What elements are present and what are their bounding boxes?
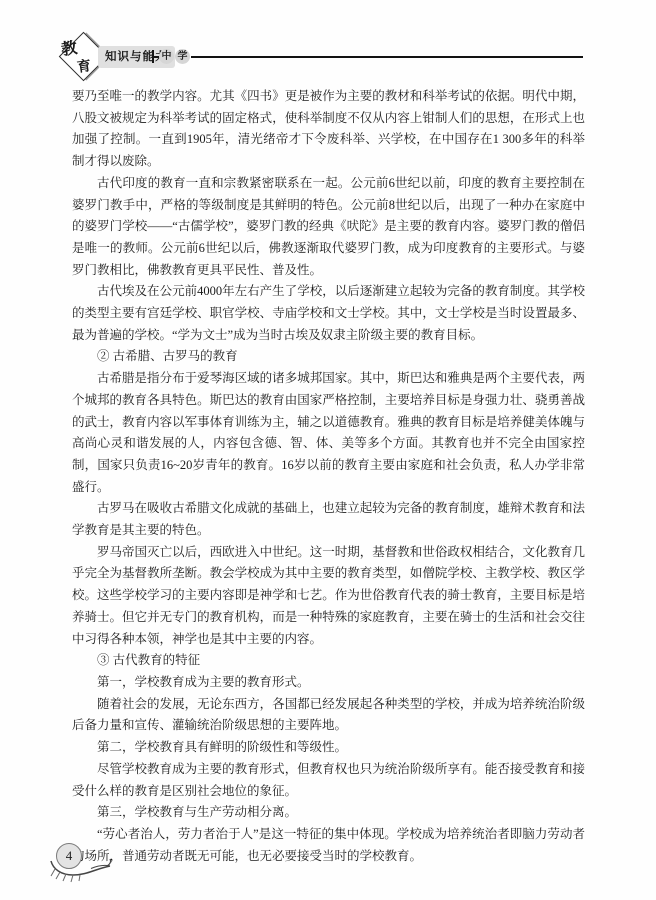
paragraph: 第二，学校教育具有鲜明的阶级性和等级性。	[72, 737, 585, 759]
paragraph: “劳心者治人，劳力者治于人”是这一特征的集中体现。学校成为培养统治者即脑力劳动者…	[72, 824, 585, 867]
book-page: 教 育 知识与能力 中 学 要乃至唯一的教学内容。尤其《四书》更是被作为主要的教…	[0, 0, 656, 900]
header-rule	[191, 56, 583, 58]
paragraph: 尽管学校教育成为主要的教育形式，但教育权也只为统治阶级所享有。能否接受教育和接受…	[72, 759, 585, 802]
level-badge-second: 学	[175, 49, 190, 64]
paragraph: 古代印度的教育一直和宗教紧密联系在一起。公元前6世纪以前，印度的教育主要控制在婆…	[72, 173, 585, 282]
paragraph: 随着社会的发展，无论东西方，各国都已经发展起各种类型的学校，并成为培养统治阶级后…	[72, 694, 585, 737]
paragraph: 古代埃及在公元前4000年左右产生了学校，以后逐渐建立起较为完备的教育制度。其学…	[72, 281, 585, 346]
paragraph-continuation: 要乃至唯一的教学内容。尤其《四书》更是被作为主要的教材和科举考试的依据。明代中期…	[72, 86, 585, 173]
level-badge-first: 中	[159, 49, 174, 64]
logo-char-bottom: 育	[76, 55, 93, 77]
section-heading: ② 古希腊、古罗马的教育	[72, 346, 585, 368]
page-content: 要乃至唯一的教学内容。尤其《四书》更是被作为主要的教材和科举考试的依据。明代中期…	[72, 86, 585, 867]
paragraph: 罗马帝国灭亡以后，西欧进入中世纪。这一时期，基督教和世俗政权相结合，文化教育几乎…	[72, 542, 585, 651]
paragraph: 第三，学校教育与生产劳动相分离。	[72, 802, 585, 824]
section-heading: ③ 古代教育的特征	[72, 650, 585, 672]
paragraph: 古希腊是指分布于爱琴海区域的诸多城邦国家。其中，斯巴达和雅典是两个主要代表，两个…	[72, 368, 585, 498]
feather-flourish-icon	[46, 857, 116, 883]
paragraph: 第一，学校教育成为主要的教育形式。	[72, 672, 585, 694]
paragraph: 古罗马在吸收古希腊文化成就的基础上，也建立起较为完备的教育制度，雄辩术教育和法学…	[72, 498, 585, 541]
